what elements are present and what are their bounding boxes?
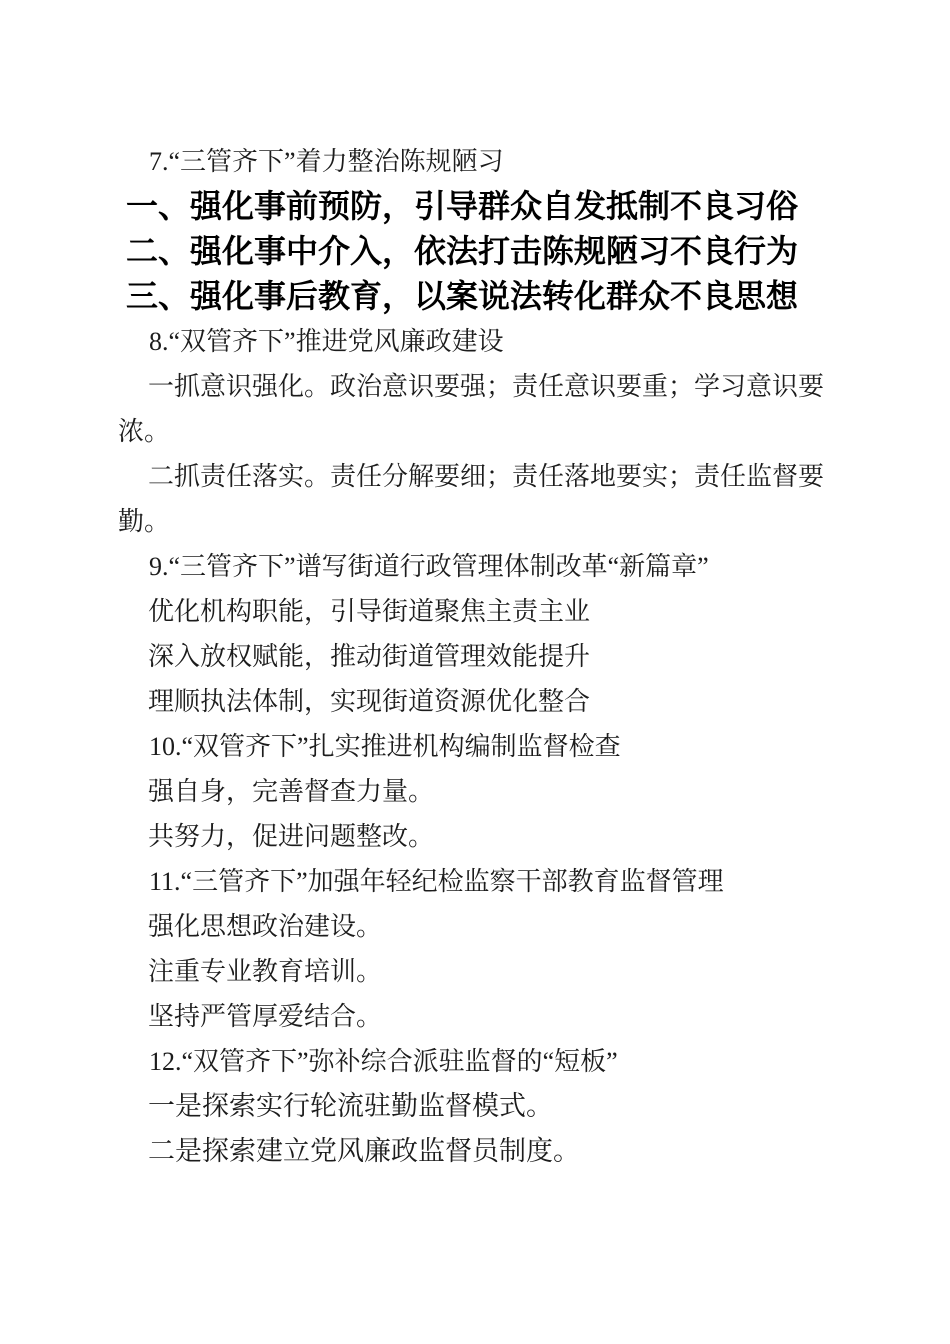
document-page: 7.“三管齐下”着力整治陈规陋习一、强化事前预防，引导群众自发抵制不良习俗二、强… — [0, 0, 950, 1344]
paragraph-9-body: 优化机构职能，引导街道聚焦主责主业 — [118, 589, 830, 634]
paragraph-20-kai: 一是探索实行轮流驻勤监督模式。 — [118, 1084, 830, 1129]
paragraph-11-body: 理顺执法体制，实现街道资源优化整合 — [118, 679, 830, 724]
paragraph-8-heading: 9.“三管齐下”谱写街道行政管理体制改革“新篇章” — [118, 544, 830, 589]
paragraph-4-bold: 三、强化事后教育，以案说法转化群众不良思想 — [118, 274, 830, 319]
paragraph-18-body: 坚持严管厚爱结合。 — [118, 994, 830, 1039]
paragraph-13-body: 强自身，完善督查力量。 — [118, 769, 830, 814]
paragraph-6-body: 一抓意识强化。政治意识要强；责任意识要重；学习意识要浓。 — [118, 364, 830, 454]
paragraph-7-body: 二抓责任落实。责任分解要细；责任落地要实；责任监督要勤。 — [118, 454, 830, 544]
paragraph-3-bold: 二、强化事中介入，依法打击陈规陋习不良行为 — [118, 229, 830, 274]
paragraph-2-bold: 一、强化事前预防，引导群众自发抵制不良习俗 — [118, 184, 830, 229]
paragraph-17-body: 注重专业教育培训。 — [118, 949, 830, 994]
paragraph-16-body: 强化思想政治建设。 — [118, 904, 830, 949]
paragraph-19-heading: 12.“双管齐下”弥补综合派驻监督的“短板” — [118, 1039, 830, 1084]
paragraph-14-body: 共努力，促进问题整改。 — [118, 814, 830, 859]
paragraph-5-heading: 8.“双管齐下”推进党风廉政建设 — [118, 319, 830, 364]
paragraph-10-body: 深入放权赋能，推动街道管理效能提升 — [118, 634, 830, 679]
paragraph-1-heading: 7.“三管齐下”着力整治陈规陋习 — [118, 139, 830, 184]
paragraph-21-kai: 二是探索建立党风廉政监督员制度。 — [118, 1129, 830, 1174]
paragraph-15-heading: 11.“三管齐下”加强年轻纪检监察干部教育监督管理 — [118, 859, 830, 904]
paragraph-12-heading: 10.“双管齐下”扎实推进机构编制监督检查 — [118, 724, 830, 769]
